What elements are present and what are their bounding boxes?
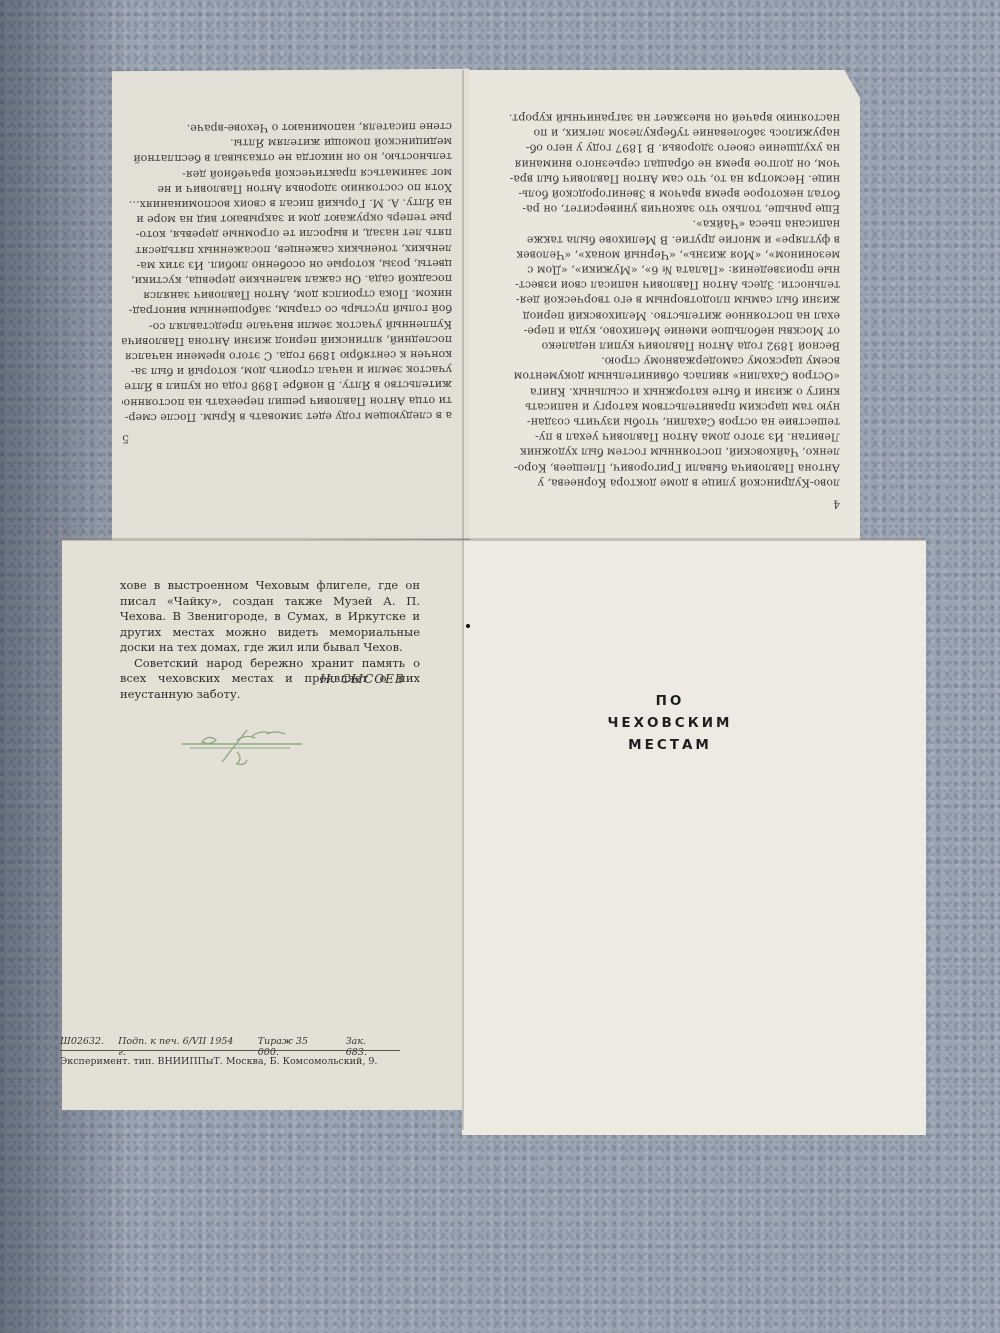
text-line: тешествие на остров Сахалин, чтобы изучи… xyxy=(500,414,840,429)
text-lines: а в следующем году едет зимовать в Крым.… xyxy=(122,119,452,425)
page-number: 5 xyxy=(122,429,452,447)
text-line: ником. Пока строился дом, Антон Павлович… xyxy=(122,286,452,304)
text-line: от Москвы небольшое имение Мелихово, куд… xyxy=(500,323,840,338)
text-line: написана пьеса «Чайка». xyxy=(500,216,840,231)
text-line: всему царскому самодержавному строю. xyxy=(500,353,840,368)
text-line: медицинской помощи жителям Ялты. xyxy=(122,134,452,152)
imprint-order: Зак. 683. xyxy=(346,1036,390,1058)
imprint-rule xyxy=(60,1050,400,1051)
text-line: жизни был самым плодотворным в его творч… xyxy=(500,292,840,307)
title-line: ЧЕХОВСКИМ xyxy=(590,712,750,734)
cover-title: ПО ЧЕХОВСКИМ МЕСТАМ xyxy=(590,690,750,756)
ink-dot xyxy=(466,624,470,628)
author-signature: Н. СЫСОЕВ xyxy=(320,672,405,686)
horizontal-fold xyxy=(62,538,926,541)
text-line: Купленный участок земли вначале представ… xyxy=(122,317,452,335)
text-line: на ухудшение своего здоровья. В 1897 год… xyxy=(500,140,840,155)
page-number: 4 xyxy=(500,496,840,511)
text-line: Весной 1892 года Антон Павлович купил не… xyxy=(500,338,840,353)
text-line: ные произведения: «Палата № 6», «Мужики»… xyxy=(500,262,840,277)
text-line: Еще раньше, только что закончив универси… xyxy=(500,201,840,216)
text-lines: лово-Кудринской улице в доме доктора Кор… xyxy=(500,110,840,490)
text-line: тельностью, но он никогда не отказывал в… xyxy=(122,149,452,167)
text-line: тельности. Здесь Антон Павлович написал … xyxy=(500,277,840,292)
title-line: ПО xyxy=(590,690,750,712)
title-line: МЕСТАМ xyxy=(590,734,750,756)
olive-branch-icon xyxy=(182,722,302,772)
text-line: посадкой сада. Он сажал маленькие деревц… xyxy=(122,271,452,289)
upside-down-text-right: 4 лово-Кудринской улице в доме доктора К… xyxy=(500,110,840,511)
text-line: участок земли и начал строить дом, котор… xyxy=(122,362,452,380)
text-line: книгу о жизни и быте каторжных и ссыльны… xyxy=(500,384,840,399)
vertical-fold xyxy=(462,70,464,1130)
text-line: Хотя по состоянию здоровья Антон Павлови… xyxy=(122,180,452,198)
text-line: кончен к сентябрю 1899 года. С этого вре… xyxy=(122,347,452,365)
text-line: в футляре» и многие другие. В Мелихове б… xyxy=(500,232,840,247)
text-line: пять лет назад, и выросли те огромные де… xyxy=(122,225,452,243)
text-line: мезонином», «Моя жизнь», «Черный монах»,… xyxy=(500,247,840,262)
text-line: последний, ялтинский период жизни Антона… xyxy=(122,332,452,350)
upside-down-text-left: 5 а в следующем году едет зимовать в Кры… xyxy=(122,119,452,447)
text-line: рые теперь окружают дом и закрывают вид … xyxy=(122,210,452,228)
imprint-line: Ш02632. Подп. к печ. 6/VII 1954 г. Тираж… xyxy=(60,1036,390,1058)
text-line: мог заниматься практической врачебной де… xyxy=(122,164,452,182)
text-line: наружилось заболевание туберкулезом легк… xyxy=(500,125,840,140)
text-line: а в следующем году едет зимовать в Крым.… xyxy=(122,408,452,426)
text-line: стене писателя, напоминают о Чехове-врач… xyxy=(122,119,452,137)
text-line: Левитан. Из этого дома Антон Павлович уе… xyxy=(500,429,840,444)
text-line: ную там царским правительством каторгу и… xyxy=(500,399,840,414)
text-line: Антона Павловича бывали Григорович, Плещ… xyxy=(500,460,840,475)
text-line: нице. Несмотря на то, что сам Антон Павл… xyxy=(500,171,840,186)
imprint-print-run: Тираж 35 000. xyxy=(258,1036,332,1058)
text-line: «Остров Сахалин» явилась обвинительным д… xyxy=(500,368,840,383)
inner-left-panel: 5 а в следующем году едет зимовать в Кры… xyxy=(112,69,470,541)
text-line: ботал некоторое время врачом в Звенигоро… xyxy=(500,186,840,201)
text-line: жительство в Ялту. В ноябре 1898 года он… xyxy=(122,377,452,395)
text-line: леньких, тоненьких саженцев, посаженных … xyxy=(122,241,452,259)
text-line: лово-Кудринской улице в доме доктора Кор… xyxy=(500,475,840,490)
text-line: на Ялту. А. М. Горький писал в своих вос… xyxy=(122,195,452,213)
text-line: ехал на постоянное жительство. Мелиховск… xyxy=(500,308,840,323)
imprint-signed: Подп. к печ. 6/VII 1954 г. xyxy=(118,1036,244,1058)
inner-right-panel: 4 лово-Кудринской улице в доме доктора К… xyxy=(470,70,860,540)
text-line: цветы, розы, которые он особенно любил. … xyxy=(122,256,452,274)
text-line: чом, он долгое время не обращал серьезно… xyxy=(500,156,840,171)
text-line: настоянию врачей он выезжает на загранич… xyxy=(500,110,840,125)
text-line: бой голый пустырь со старым, заброшенным… xyxy=(122,301,452,319)
cover-panel xyxy=(462,540,926,1135)
text-line: ти отца Антон Павлович решил переехать н… xyxy=(122,393,452,411)
imprint-printer: Эксперимент. тип. ВНИИППыТ. Москва, Б. К… xyxy=(60,1056,377,1067)
imprint-code: Ш02632. xyxy=(60,1036,104,1058)
text-line: ленко, Чайковский, постоянным гостем был… xyxy=(500,444,840,459)
paragraph: хове в выстроенном Чеховым флигеле, где … xyxy=(120,578,420,656)
